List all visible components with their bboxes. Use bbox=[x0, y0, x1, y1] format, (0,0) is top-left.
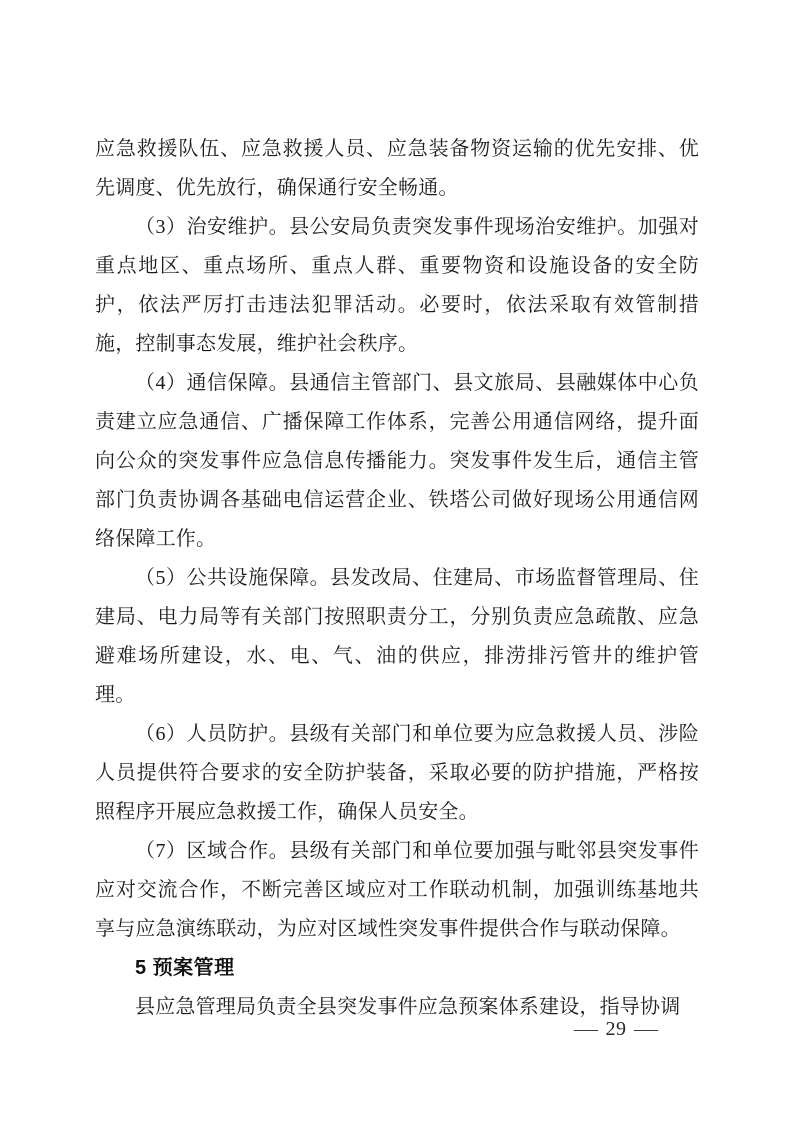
page-number: 29 bbox=[606, 1018, 627, 1040]
footer-right-dash: — bbox=[633, 1014, 658, 1044]
section-heading-plan-management: 5 预案管理 bbox=[95, 949, 699, 988]
paragraph-communication-support: （4）通信保障。县通信主管部门、县文旅局、县融媒体中心负责建立应急通信、广播保障… bbox=[95, 364, 699, 559]
footer-left-dash: — bbox=[574, 1014, 599, 1044]
document-body: 应急救援队伍、应急救援人员、应急装备物资运输的优先安排、优先调度、优先放行，确保… bbox=[95, 130, 699, 1027]
paragraph-public-facilities-support: （5）公共设施保障。县发改局、住建局、市场监督管理局、住建局、电力局等有关部门按… bbox=[95, 559, 699, 715]
paragraph-personnel-protection: （6）人员防护。县级有关部门和单位要为应急救援人员、涉险人员提供符合要求的安全防… bbox=[95, 715, 699, 832]
document-page: 应急救援队伍、应急救援人员、应急装备物资运输的优先安排、优先调度、优先放行，确保… bbox=[0, 0, 793, 1122]
paragraph-regional-cooperation: （7）区域合作。县级有关部门和单位要加强与毗邻县突发事件应对交流合作，不断完善区… bbox=[95, 832, 699, 949]
paragraph-continuation: 应急救援队伍、应急救援人员、应急装备物资运输的优先安排、优先调度、优先放行，确保… bbox=[95, 130, 699, 208]
page-footer: —29— bbox=[567, 1014, 665, 1044]
paragraph-security-maintenance: （3）治安维护。县公安局负责突发事件现场治安维护。加强对重点地区、重点场所、重点… bbox=[95, 208, 699, 364]
